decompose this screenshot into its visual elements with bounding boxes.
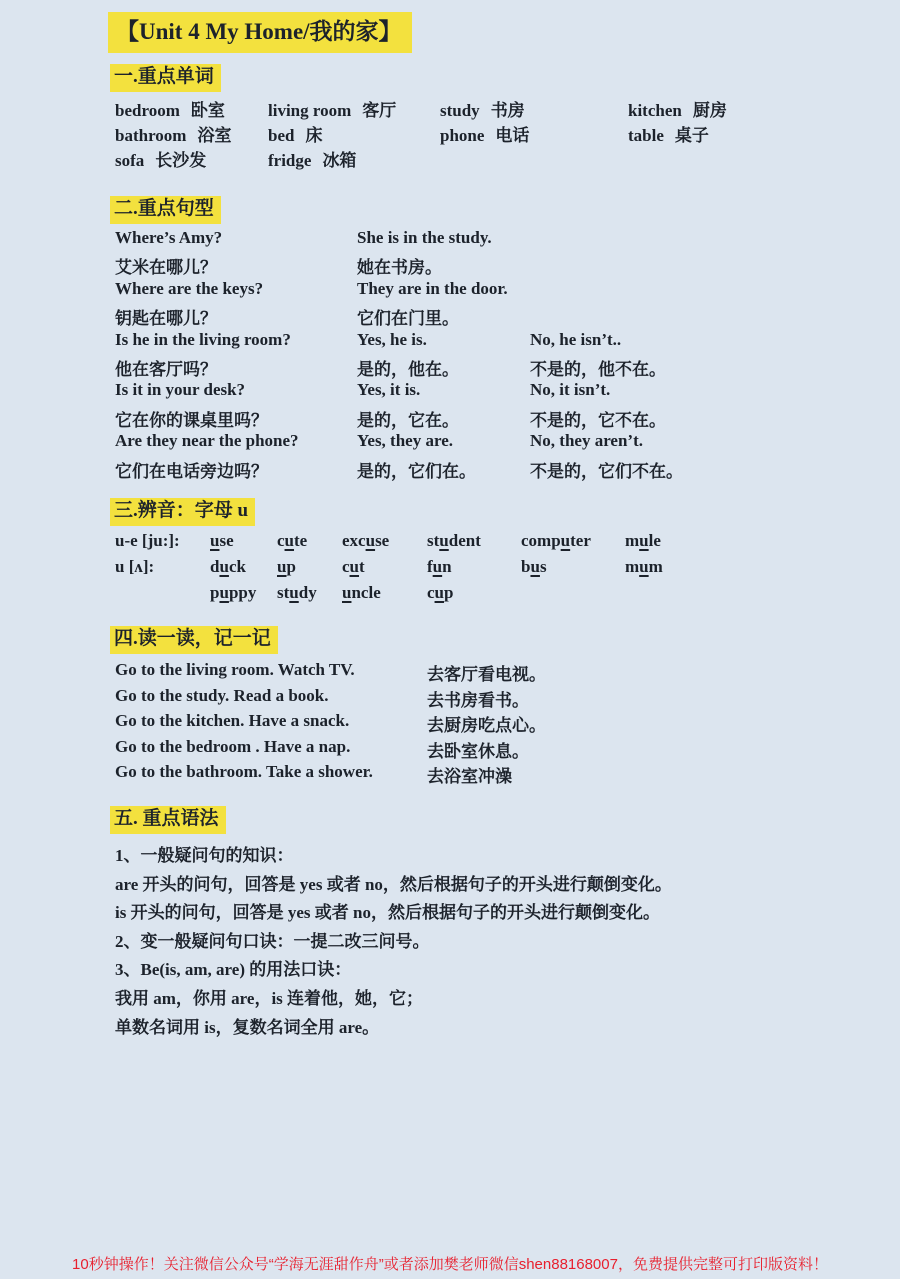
sentence-cell: She is in the study. [357,228,530,253]
vocab-zh: 冰箱 [322,151,356,170]
vocab-zh: 桌子 [675,126,709,145]
sentence-cell [530,279,890,304]
vocab-zh: 客厅 [362,101,396,120]
phonics-word: puppy [210,583,277,609]
phonics-word: duck [210,557,277,583]
read-en: Go to the bathroom. Take a shower. [115,762,427,788]
read-zh: 去客厅看电视。 [427,660,890,686]
vocab-entry: table桌子 [628,121,890,146]
sentence-cell: 艾米在哪儿？ [115,253,357,278]
grammar-line: 2、变一般疑问句口诀：一提二改三问号。 [115,928,890,957]
phonics-word: bus [521,557,625,583]
vocab-en: bathroom [115,126,186,145]
grammar-notes: 1、一般疑问句的知识： are 开头的问句，回答是 yes 或者 no，然后根据… [115,842,890,1042]
vocab-en: living room [268,101,351,120]
page-title: 【Unit 4 My Home/我的家】 [108,12,412,53]
sentence-cell: 是的，它在。 [357,406,530,431]
vocab-en: study [440,101,480,120]
phonics-word: mum [625,557,890,583]
vocab-table: bedroom卧室 living room客厅 study书房 kitchen厨… [115,96,890,171]
sentences-table: Where’s Amy? She is in the study. 艾米在哪儿？… [115,228,890,482]
sentence-cell: Are they near the phone? [115,431,357,456]
phonics-word: uncle [342,583,427,609]
phonics-word: excuse [342,531,427,557]
phonics-word: student [427,531,521,557]
sentence-cell [530,228,890,253]
phonics-word [521,583,625,609]
phonics-word: study [277,583,342,609]
sentence-cell: They are in the door. [357,279,530,304]
grammar-line: are 开头的问句，回答是 yes 或者 no，然后根据句子的开头进行颠倒变化。 [115,871,890,900]
vocab-entry: kitchen厨房 [628,96,890,121]
phonics-table: u-e [ju:]: use cute excuse student compu… [115,531,890,609]
sentence-cell: 它在你的课桌里吗？ [115,406,357,431]
sentence-cell [530,253,890,278]
sentence-cell: Is he in the living room? [115,330,357,355]
section-heading-vocab: 一.重点单词 [110,64,221,92]
sentence-cell: Where are the keys? [115,279,357,304]
sentence-cell: No, it isn’t. [530,380,890,405]
vocab-en: kitchen [628,101,682,120]
sentence-cell: 是的，它们在。 [357,457,530,482]
vocab-en: bedroom [115,101,180,120]
sentence-cell: 它们在门里。 [357,304,530,329]
read-en: Go to the study. Read a book. [115,686,427,712]
worksheet-page: 【Unit 4 My Home/我的家】 一.重点单词 bedroom卧室 li… [0,0,900,1279]
section-heading-read: 四.读一读，记一记 [110,626,278,654]
sentence-cell: Where’s Amy? [115,228,357,253]
phonics-word: use [210,531,277,557]
sentence-cell: Yes, he is. [357,330,530,355]
sentence-cell: No, he isn’t.. [530,330,890,355]
read-table: Go to the living room. Watch TV. 去客厅看电视。… [115,660,890,788]
vocab-entry: bedroom卧室 [115,96,268,121]
promo-footer-text: 10秒钟操作！关注微信公众号“学海无涯甜作舟”或者添加樊老师微信shen8816… [0,1253,900,1274]
phonics-label: u-e [ju:]: [115,531,210,557]
grammar-line: is 开头的问句，回答是 yes 或者 no，然后根据句子的开头进行颠倒变化。 [115,899,890,928]
section-heading-grammar: 五. 重点语法 [110,806,226,834]
section-heading-phonics: 三.辨音：字母 u [110,498,255,526]
sentence-cell: Is it in your desk? [115,380,357,405]
phonics-word: cute [277,531,342,557]
phonics-word: mule [625,531,890,557]
vocab-entry [628,146,890,171]
sentence-cell: 不是的，他不在。 [530,355,890,380]
read-zh: 去浴室冲澡 [427,762,890,788]
vocab-zh: 床 [305,126,322,145]
vocab-entry: sofa长沙发 [115,146,268,171]
sentence-cell: No, they aren’t. [530,431,890,456]
sentence-cell: 不是的，它们不在。 [530,457,890,482]
sentence-cell: 它们在电话旁边吗？ [115,457,357,482]
read-zh: 去卧室休息。 [427,737,890,763]
vocab-zh: 卧室 [191,101,225,120]
phonics-word: cup [427,583,521,609]
vocab-entry: living room客厅 [268,96,440,121]
phonics-word: up [277,557,342,583]
read-en: Go to the living room. Watch TV. [115,660,427,686]
read-en: Go to the bedroom . Have a nap. [115,737,427,763]
vocab-entry: bed床 [268,121,440,146]
sentence-cell: 钥匙在哪儿？ [115,304,357,329]
vocab-en: fridge [268,151,311,170]
vocab-en: bed [268,126,294,145]
vocab-entry [440,146,628,171]
vocab-zh: 厨房 [693,101,727,120]
vocab-zh: 浴室 [197,126,231,145]
sentence-cell: Yes, it is. [357,380,530,405]
vocab-entry: fridge冰箱 [268,146,440,171]
sentence-cell [530,304,890,329]
read-zh: 去书房看书。 [427,686,890,712]
grammar-line: 单数名词用 is，复数名词全用 are。 [115,1014,890,1043]
sentence-cell: 是的，他在。 [357,355,530,380]
vocab-zh: 电话 [495,126,529,145]
vocab-entry: bathroom浴室 [115,121,268,146]
sentence-cell: 不是的，它不在。 [530,406,890,431]
phonics-word: computer [521,531,625,557]
vocab-en: phone [440,126,484,145]
sentence-cell: 她在书房。 [357,253,530,278]
read-zh: 去厨房吃点心。 [427,711,890,737]
sentence-cell: 他在客厅吗？ [115,355,357,380]
grammar-line: 3、Be(is, am, are) 的用法口诀： [115,956,890,985]
sentence-cell: Yes, they are. [357,431,530,456]
vocab-en: sofa [115,151,144,170]
phonics-word [625,583,890,609]
vocab-entry: phone电话 [440,121,628,146]
phonics-label [115,583,210,609]
section-heading-sentences: 二.重点句型 [110,196,221,224]
phonics-word: cut [342,557,427,583]
vocab-zh: 书房 [491,101,525,120]
vocab-entry: study书房 [440,96,628,121]
vocab-en: table [628,126,664,145]
read-en: Go to the kitchen. Have a snack. [115,711,427,737]
grammar-line: 我用 am，你用 are，is 连着他，她，它； [115,985,890,1014]
phonics-label: u [ʌ]: [115,557,210,583]
vocab-zh: 长沙发 [155,151,206,170]
phonics-word: fun [427,557,521,583]
grammar-line: 1、一般疑问句的知识： [115,842,890,871]
